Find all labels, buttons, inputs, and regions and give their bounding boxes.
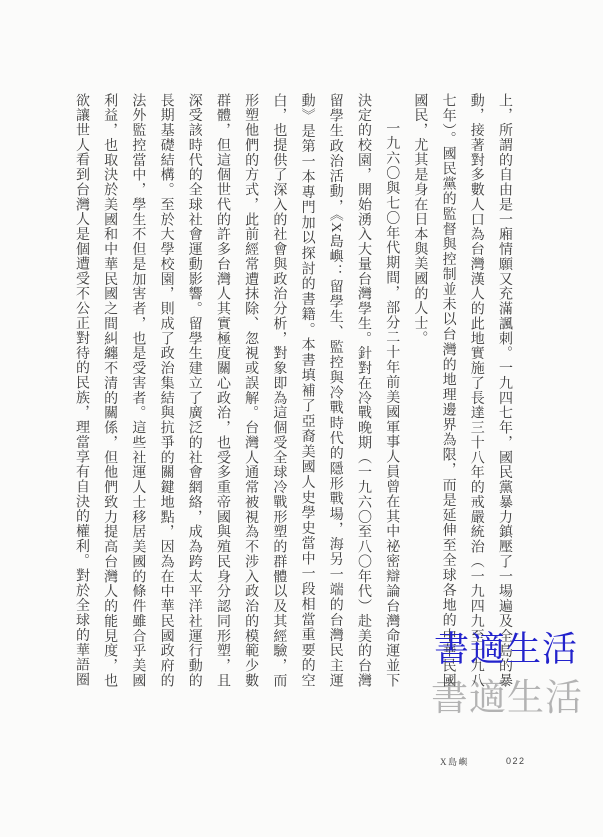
footer-book-title: X島嶼 xyxy=(440,755,469,768)
footer-page-number: 022 xyxy=(506,756,526,766)
book-page: 上，所謂的自由是一廂情願又充滿諷刺。一九四七年，國民黨暴力鎮壓了一場遍及全島的暴… xyxy=(0,0,603,837)
body-text: 上，所謂的自由是一廂情願又充滿諷刺。一九四七年，國民黨暴力鎮壓了一場遍及全島的暴… xyxy=(66,93,518,688)
paragraph-1: 上，所謂的自由是一廂情願又充滿諷刺。一九四七年，國民黨暴力鎮壓了一場遍及全島的暴… xyxy=(405,93,518,688)
paragraph-2: 一九六〇與七〇年代期間，部分二十年前美國軍事人員曾在其中祕密辯論台灣命運並下決定… xyxy=(67,93,405,688)
